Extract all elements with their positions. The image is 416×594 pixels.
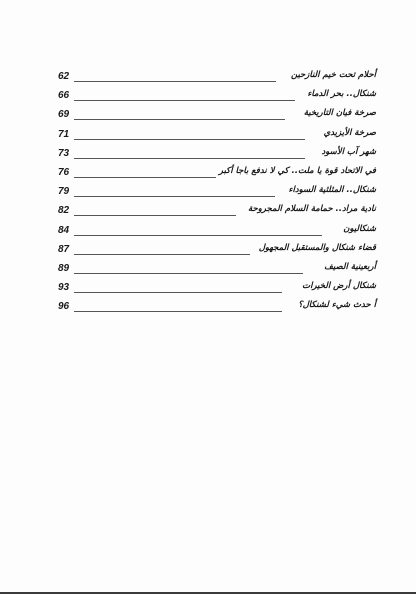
toc-leader-line: [74, 273, 303, 274]
toc-page-number: 87: [58, 244, 69, 255]
toc-entry[interactable]: 87 قضاء شنكال والمستقبل المجهول: [0, 241, 416, 260]
toc-entry[interactable]: 66 شنكال.. بحر الدماء: [0, 87, 416, 106]
toc-leader-line: [74, 311, 282, 312]
toc-entry[interactable]: 79 شنكال.. المثلثية السوداء: [0, 183, 416, 202]
toc-leader-line: [74, 196, 275, 197]
toc-page-number: 62: [58, 71, 69, 82]
toc-entry[interactable]: 71 صرخة الأيزيدي: [0, 126, 416, 145]
toc-leader-line: [74, 292, 282, 293]
toc-title: نادية مراد.. حمامة السلام المجروحة: [248, 204, 376, 214]
toc-entry[interactable]: 73 شهر آب الأسود: [0, 145, 416, 164]
toc-entry[interactable]: 93 شنكال أرض الخيرات: [0, 279, 416, 298]
toc-page-number: 93: [58, 282, 69, 293]
toc-entry[interactable]: 84 شنكاليون: [0, 222, 416, 241]
toc-leader-line: [74, 100, 295, 101]
toc-entry[interactable]: 69 صرخة فيان التاريخية: [0, 106, 416, 125]
toc-leader-line: [74, 177, 216, 178]
document-page: 62 أحلام تحت خيم النازحين 66 شنكال.. بحر…: [0, 0, 416, 592]
toc-page-number: 96: [58, 301, 69, 312]
toc-title: أربعينية الصيف: [324, 262, 376, 272]
toc-entry[interactable]: 82 نادية مراد.. حمامة السلام المجروحة: [0, 202, 416, 221]
toc-leader-line: [74, 119, 285, 120]
toc-page-number: 76: [58, 167, 69, 178]
toc-leader-line: [74, 254, 250, 255]
toc-page-number: 82: [58, 205, 69, 216]
toc-title: شهر آب الأسود: [321, 147, 376, 157]
toc-title: في الاتحاد قوة يا ملت.. كي لا ندفع باجا …: [219, 166, 376, 176]
toc-entry[interactable]: 96 أ حدث شيء لشنكال؟: [0, 298, 416, 317]
table-of-contents: 62 أحلام تحت خيم النازحين 66 شنكال.. بحر…: [0, 68, 416, 317]
toc-title: أحلام تحت خيم النازحين: [291, 70, 376, 80]
toc-leader-line: [74, 215, 236, 216]
toc-title: صرخة فيان التاريخية: [304, 108, 376, 118]
toc-page-number: 69: [58, 109, 69, 120]
toc-title: شنكال.. بحر الدماء: [307, 89, 376, 99]
toc-title: شنكال.. المثلثية السوداء: [288, 185, 376, 195]
toc-page-number: 71: [58, 129, 69, 140]
toc-title: شنكاليون: [343, 224, 376, 234]
toc-leader-line: [74, 139, 305, 140]
toc-title: أ حدث شيء لشنكال؟: [298, 300, 376, 310]
toc-page-number: 79: [58, 186, 69, 197]
toc-leader-line: [74, 158, 305, 159]
toc-title: قضاء شنكال والمستقبل المجهول: [259, 243, 376, 253]
toc-leader-line: [74, 235, 322, 236]
toc-page-number: 89: [58, 263, 69, 274]
toc-title: شنكال أرض الخيرات: [302, 281, 376, 291]
toc-leader-line: [74, 81, 276, 82]
toc-page-number: 66: [58, 90, 69, 101]
toc-page-number: 73: [58, 148, 69, 159]
toc-entry[interactable]: 62 أحلام تحت خيم النازحين: [0, 68, 416, 87]
toc-page-number: 84: [58, 225, 69, 236]
toc-title: صرخة الأيزيدي: [324, 128, 376, 138]
toc-entry[interactable]: 76 في الاتحاد قوة يا ملت.. كي لا ندفع با…: [0, 164, 416, 183]
toc-entry[interactable]: 89 أربعينية الصيف: [0, 260, 416, 279]
